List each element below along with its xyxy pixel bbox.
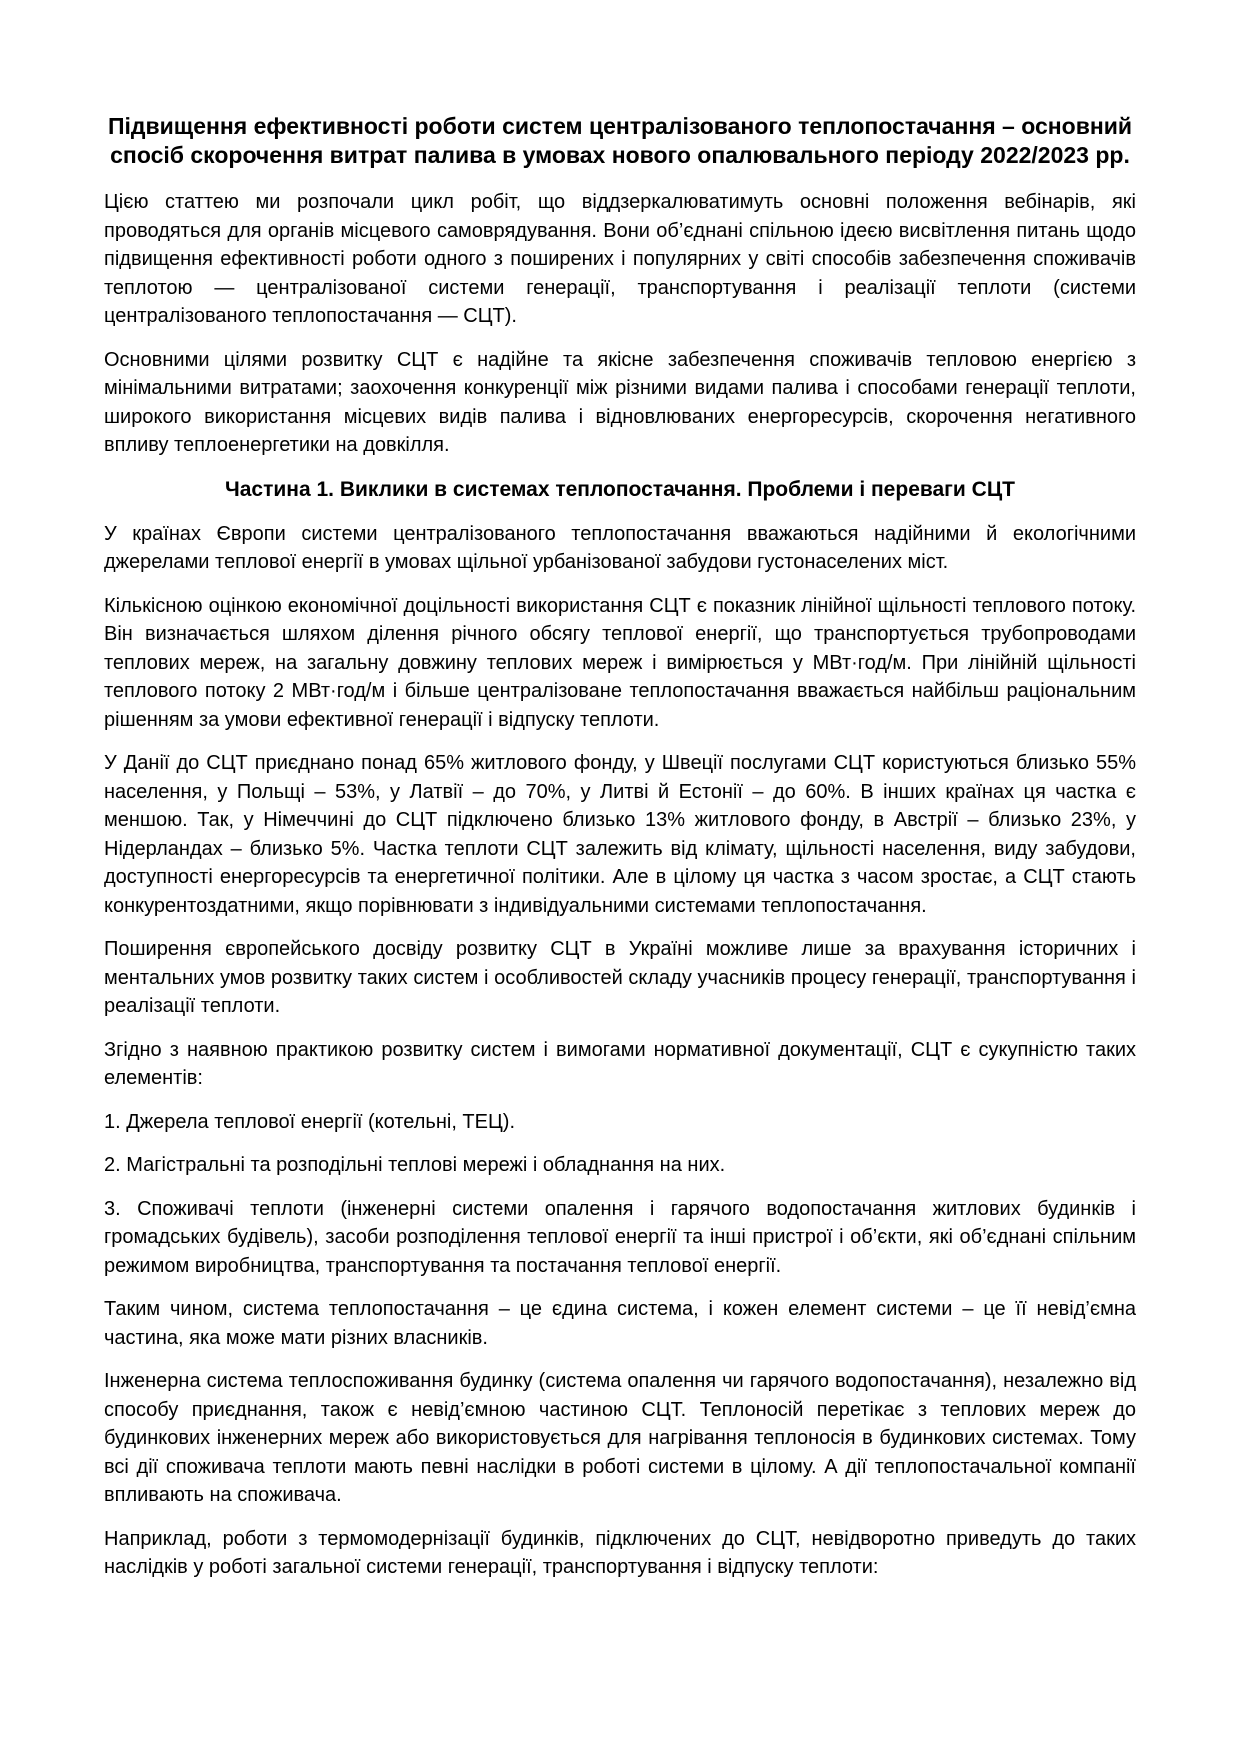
document-title: Підвищення ефективності роботи систем це…: [104, 112, 1136, 170]
list-item-1-heat-sources: 1. Джерела теплової енергії (котельні, Т…: [104, 1108, 1136, 1137]
body-paragraph-elements-intro: Згідно з наявною практикою розвитку сист…: [104, 1036, 1136, 1093]
body-paragraph-heat-flow-density: Кількісною оцінкою економічної доцільнос…: [104, 592, 1136, 735]
intro-paragraph-2: Основними цілями розвитку СЦТ є надійне …: [104, 346, 1136, 460]
list-item-2-heat-networks: 2. Магістральні та розподільні теплові м…: [104, 1151, 1136, 1180]
body-paragraph-unified-system: Таким чином, система теплопостачання – ц…: [104, 1295, 1136, 1352]
section-heading-part1: Частина 1. Виклики в системах теплопоста…: [104, 475, 1136, 504]
document-page: Підвищення ефективності роботи систем це…: [0, 0, 1240, 1754]
body-paragraph-thermomodernization: Наприклад, роботи з термомодернізації бу…: [104, 1525, 1136, 1582]
intro-paragraph-1: Цією статтею ми розпочали цикл робіт, що…: [104, 188, 1136, 331]
list-item-3-heat-consumers: 3. Споживачі теплоти (інженерні системи …: [104, 1195, 1136, 1281]
body-paragraph-europe: У країнах Європи системи централізованог…: [104, 520, 1136, 577]
body-paragraph-european-experience: Поширення європейського досвіду розвитку…: [104, 935, 1136, 1021]
body-paragraph-building-system: Інженерна система теплоспоживання будинк…: [104, 1367, 1136, 1510]
body-paragraph-country-shares: У Данії до СЦТ приєднано понад 65% житло…: [104, 749, 1136, 920]
